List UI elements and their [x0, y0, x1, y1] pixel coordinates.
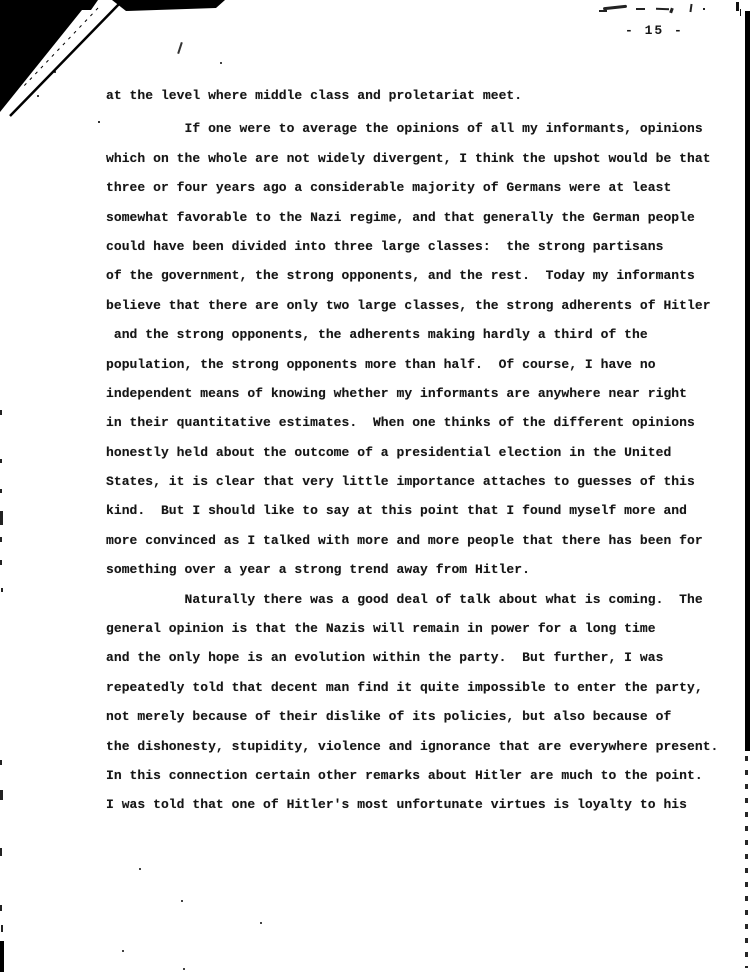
smudge-mark	[689, 4, 692, 12]
text-line: three or four years ago a considerable m…	[106, 173, 736, 202]
smudge-mark	[636, 8, 645, 10]
text-line: population, the strong opponents more th…	[106, 350, 736, 379]
scan-speck	[0, 760, 2, 765]
text-line: States, it is clear that very little imp…	[106, 467, 736, 496]
scan-speck	[0, 511, 3, 525]
scan-speck	[98, 121, 100, 123]
smudge-mark	[599, 10, 607, 12]
scan-speck	[0, 537, 2, 542]
text-line: If one were to average the opinions of a…	[106, 114, 736, 143]
smudge-mark	[703, 8, 705, 10]
text-line: repeatedly told that decent man find it …	[106, 673, 736, 702]
top-right-corner-mark	[736, 2, 739, 11]
text-line: kind. But I should like to say at this p…	[106, 496, 736, 525]
typewritten-text-block: at the level where middle class and prol…	[106, 81, 736, 820]
text-line: which on the whole are not widely diverg…	[106, 144, 736, 173]
scan-speck	[0, 459, 2, 463]
left-edge-artifact	[0, 941, 4, 972]
text-line: the dishonesty, stupidity, violence and …	[106, 732, 736, 761]
text-line: believe that there are only two large cl…	[106, 291, 736, 320]
text-line: and the strong opponents, the adherents …	[106, 320, 736, 349]
scan-speck	[0, 790, 3, 800]
scan-speck	[0, 489, 2, 493]
text-line: Naturally there was a good deal of talk …	[106, 585, 736, 614]
text-line: not merely because of their dislike of i…	[106, 702, 736, 731]
scan-speck	[1, 588, 3, 592]
right-edge-artifact	[745, 11, 750, 751]
scanned-page: - 15 - at the level where middle class a…	[0, 0, 750, 972]
smudge-mark	[669, 8, 674, 14]
text-line: general opinion is that the Nazis will r…	[106, 614, 736, 643]
page-number: - 15 -	[625, 23, 684, 38]
text-line: I was told that one of Hitler's most unf…	[106, 790, 736, 819]
smudge-mark	[656, 8, 669, 10]
text-line: In this connection certain other remarks…	[106, 761, 736, 790]
scan-speck	[0, 905, 2, 911]
text-line: in their quantitative estimates. When on…	[106, 408, 736, 437]
scan-speck	[0, 560, 2, 565]
text-line: at the level where middle class and prol…	[106, 81, 736, 110]
text-line: somewhat favorable to the Nazi regime, a…	[106, 203, 736, 232]
scan-speck	[0, 848, 2, 856]
right-edge-dashes-artifact	[745, 756, 748, 968]
text-line: could have been divided into three large…	[106, 232, 736, 261]
text-line: more convinced as I talked with more and…	[106, 526, 736, 555]
text-line: and the only hope is an evolution within…	[106, 643, 736, 672]
scan-speck	[1, 925, 3, 932]
text-line: of the government, the strong opponents,…	[106, 261, 736, 290]
text-line: honestly held about the outcome of a pre…	[106, 438, 736, 467]
scan-speck	[0, 410, 2, 415]
text-line: something over a year a strong trend awa…	[106, 555, 736, 584]
text-line: independent means of knowing whether my …	[106, 379, 736, 408]
